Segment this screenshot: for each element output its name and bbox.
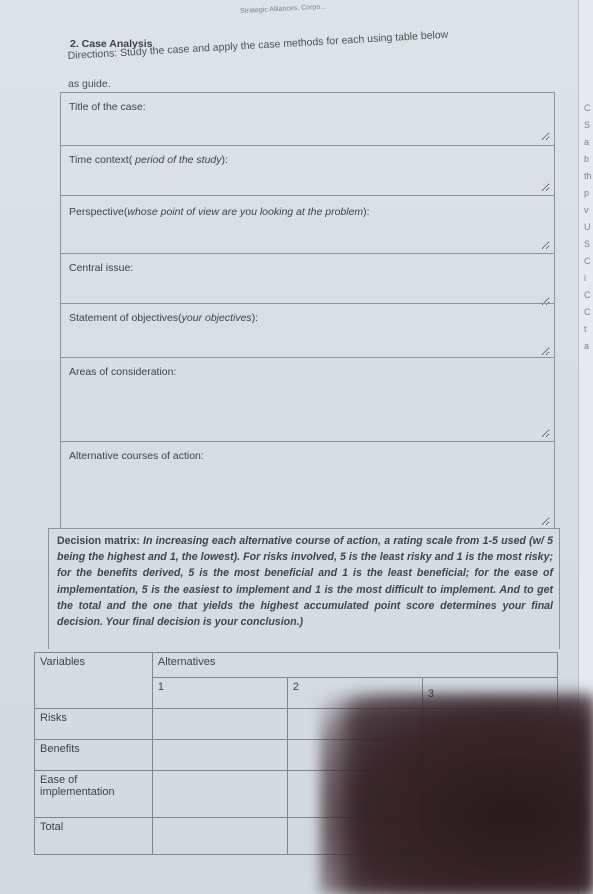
adjacent-page-letter: a bbox=[584, 134, 592, 151]
score-cell[interactable] bbox=[422, 740, 557, 771]
objectives-input[interactable] bbox=[65, 326, 550, 356]
field-label: Alternative courses of action: bbox=[69, 450, 204, 462]
field-areas-of-consideration[interactable]: Areas of consideration: bbox=[61, 357, 554, 442]
adjacent-page-letter: t bbox=[584, 321, 592, 338]
row-label-ease-of-implementation: Ease of implementation bbox=[35, 771, 153, 818]
table-row: Risks bbox=[35, 709, 558, 740]
score-cell[interactable] bbox=[422, 771, 557, 818]
alternatives-header: Alternatives bbox=[152, 653, 557, 678]
row-label-total: Total bbox=[35, 818, 153, 855]
adjacent-page-letter: U bbox=[584, 219, 592, 236]
row-label-benefits: Benefits bbox=[35, 740, 153, 771]
field-label: Statement of objectives(your objectives)… bbox=[69, 312, 258, 324]
table-row: Ease of implementation bbox=[35, 771, 558, 818]
alternative-2-header: 2 bbox=[287, 678, 422, 709]
row-label-risks: Risks bbox=[35, 709, 153, 740]
perspective-input[interactable] bbox=[65, 218, 550, 250]
score-cell[interactable] bbox=[152, 740, 287, 771]
adjacent-page-letter: a bbox=[584, 338, 592, 355]
areas-of-consideration-input[interactable] bbox=[65, 380, 550, 438]
score-cell[interactable] bbox=[422, 709, 557, 740]
score-cell[interactable] bbox=[287, 709, 422, 740]
adjacent-page-letter: i bbox=[584, 270, 592, 287]
alternative-3-header: 3 bbox=[422, 678, 557, 709]
decision-matrix-text: Decision matrix: In increasing each alte… bbox=[49, 529, 559, 630]
adjacent-page-letter: b bbox=[584, 151, 592, 168]
total-cell[interactable] bbox=[422, 818, 557, 855]
directions-text-continued: as guide. bbox=[68, 78, 111, 90]
adjacent-page-letter: p bbox=[584, 185, 592, 202]
adjacent-page-letter: C bbox=[584, 287, 592, 304]
field-time-context[interactable]: Time context( period of the study): bbox=[61, 145, 554, 196]
decision-matrix-table: Variables Alternatives 1 2 3 Risks Benef… bbox=[34, 652, 558, 855]
field-label: Time context( period of the study): bbox=[69, 154, 228, 166]
adjacent-page-letter: C bbox=[584, 304, 592, 321]
total-cell[interactable] bbox=[152, 818, 287, 855]
table-row: Benefits bbox=[35, 740, 558, 771]
adjacent-page-text: CSabthpvUSCiCCta bbox=[584, 100, 592, 355]
time-context-input[interactable] bbox=[65, 168, 550, 192]
adjacent-page-letter: v bbox=[584, 202, 592, 219]
table-row: Total bbox=[35, 818, 558, 855]
field-objectives[interactable]: Statement of objectives(your objectives)… bbox=[61, 303, 554, 360]
variables-header: Variables bbox=[35, 653, 153, 709]
field-label: Perspective(whose point of view are you … bbox=[69, 206, 370, 218]
adjacent-page-letter: C bbox=[584, 100, 592, 117]
score-cell[interactable] bbox=[287, 740, 422, 771]
field-alternative-courses[interactable]: Alternative courses of action: bbox=[61, 441, 554, 530]
decision-matrix-instructions: Decision matrix: In increasing each alte… bbox=[48, 528, 560, 649]
field-title-of-case[interactable]: Title of the case: bbox=[61, 93, 554, 145]
case-analysis-form: Title of the case: Time context( period … bbox=[60, 92, 555, 529]
field-label: Title of the case: bbox=[69, 101, 146, 113]
field-label: Central issue: bbox=[69, 262, 133, 274]
adjacent-page-letter: S bbox=[584, 117, 592, 134]
alternative-1-header: 1 bbox=[152, 678, 287, 709]
field-label: Areas of consideration: bbox=[69, 366, 176, 378]
score-cell[interactable] bbox=[152, 771, 287, 818]
title-of-case-input[interactable] bbox=[65, 115, 550, 141]
adjacent-page-letter: th bbox=[584, 168, 592, 185]
field-central-issue[interactable]: Central issue: bbox=[61, 253, 554, 310]
alternative-courses-input[interactable] bbox=[65, 464, 550, 526]
central-issue-input[interactable] bbox=[65, 276, 550, 306]
score-cell[interactable] bbox=[287, 771, 422, 818]
score-cell[interactable] bbox=[152, 709, 287, 740]
total-cell[interactable] bbox=[287, 818, 422, 855]
field-perspective[interactable]: Perspective(whose point of view are you … bbox=[61, 195, 554, 254]
adjacent-page-letter: C bbox=[584, 253, 592, 270]
adjacent-page-letter: S bbox=[584, 236, 592, 253]
